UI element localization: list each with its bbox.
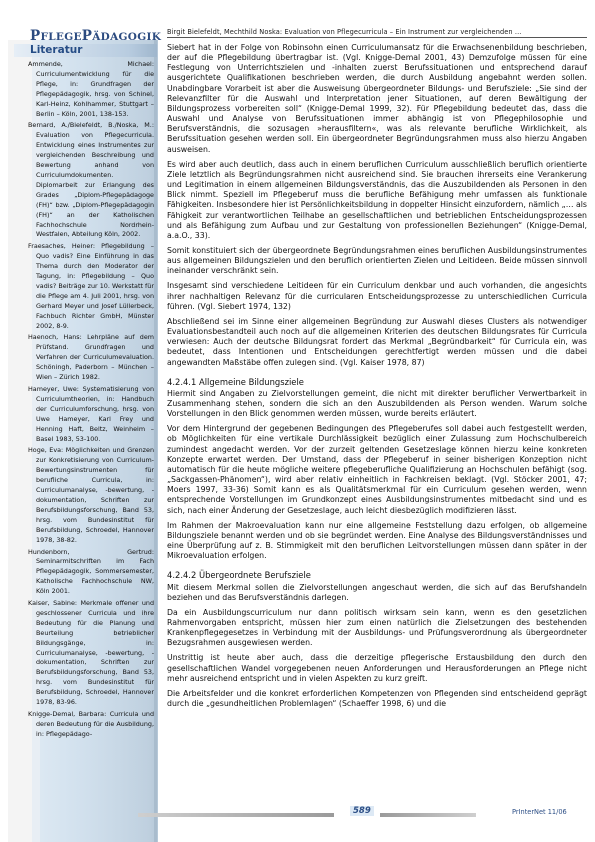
reference-item: Fraesaches, Heiner: Pflegebildung – Quo … [28,242,154,331]
page-number: 589 [350,806,374,816]
sidebar-edge [154,40,157,842]
reference-item: Hameyer, Uwe: Systematisierung von Curri… [28,385,154,444]
paragraph: Siebert hat in der Folge von Robinsohn e… [167,43,587,155]
section-heading-professional-goals: 4.2.4.2 Übergeordnete Berufsziele [167,570,587,580]
paragraph: Mit diesem Merkmal sollen die Zielvorste… [167,583,587,603]
paragraph: Die Arbeitsfelder und die konkret erford… [167,689,587,709]
paragraph: Im Rahmen der Makroevaluation kann nur e… [167,521,587,562]
reference-item: Bernard, A./Bielefeldt, B./Noska, M.: Ev… [28,121,154,240]
reference-item: Haenoch, Hans: Lehrpläne auf dem Prüfsta… [28,333,154,383]
footer-rule-left [138,813,334,817]
running-head: Birgit Bielefeldt, Mechthild Noska: Eval… [167,28,587,38]
section-heading-general-education-goals: 4.2.4.1 Allgemeine Bildungsziele [167,377,587,387]
main-body-text: Siebert hat in der Folge von Robinsohn e… [167,43,587,714]
paragraph: Vor dem Hintergrund der gegebenen Beding… [167,424,587,515]
reference-item: Hoge, Eva: Möglichkeiten und Grenzen zur… [28,446,154,545]
paragraph: Somit konstituiert sich der übergeordnet… [167,246,587,276]
journal-title: PFLEGEPÄDAGOGIK [30,28,161,44]
reference-item: Hundenborn, Gertrud: Seminarmitschriften… [28,548,154,598]
paragraph: Da ein Ausbildungscurriculum nur dann po… [167,608,587,649]
paragraph: Insgesamt sind verschiedene Leitideen fü… [167,281,587,311]
paragraph: Unstrittig ist heute aber auch, dass die… [167,653,587,683]
reference-list: Ammende, Michael: Curriculumentwicklung … [28,60,154,742]
paragraph: Es wird aber auch deutlich, dass auch in… [167,160,587,241]
reference-item: Knigge-Demal, Barbara: Curricula und der… [28,710,154,740]
paragraph: Hiermit sind Angaben zu Zielvorstellunge… [167,389,587,419]
footer-rule-right [380,813,476,817]
paragraph: Abschließend sei im Sinne einer allgemei… [167,317,587,368]
issue-label: PrInterNet 11/06 [512,808,567,816]
reference-item: Kaiser, Sabine: Merkmale offener und ges… [28,599,154,708]
literature-heading: Literatur [30,44,82,56]
reference-item: Ammende, Michael: Curriculumentwicklung … [28,60,154,119]
